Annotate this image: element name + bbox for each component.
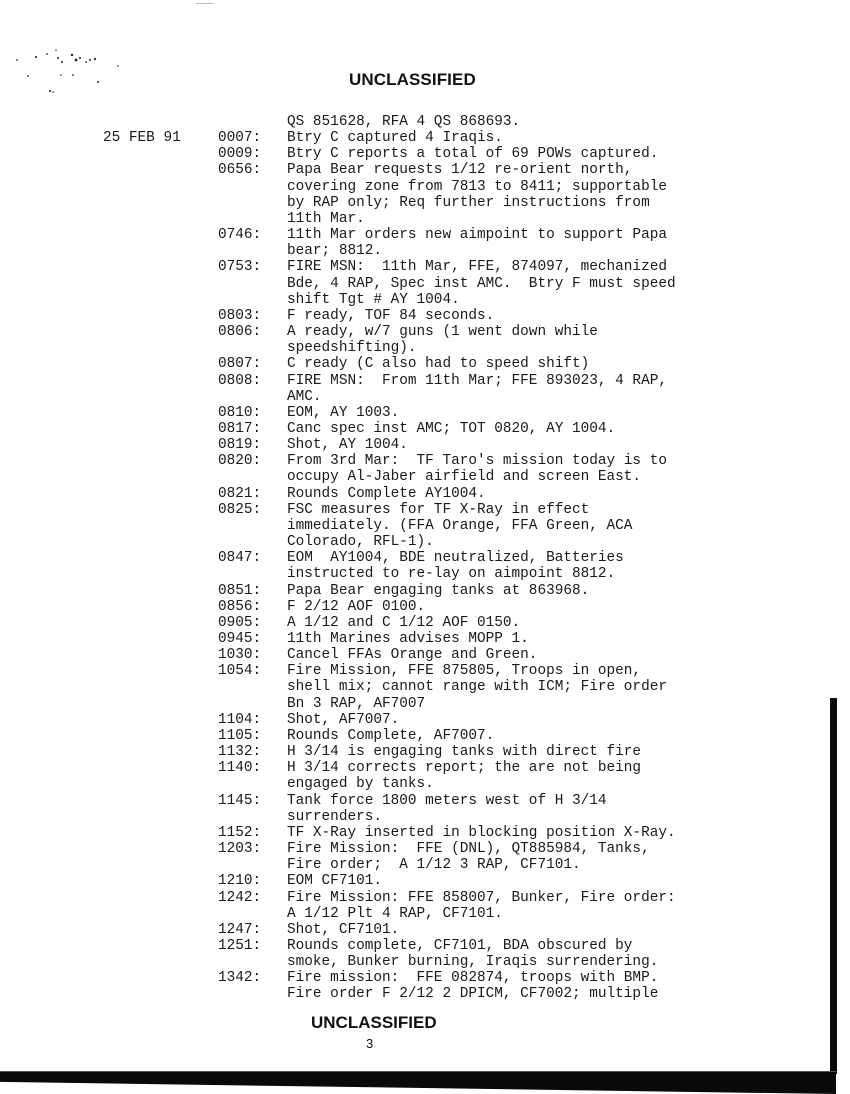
log-entry-text: EOM AY1004, BDE neutralized, Batteriesin… (287, 550, 850, 582)
log-entry-time: 1210: (218, 873, 261, 889)
log-entry: 0746:11th Mar orders new aimpoint to sup… (0, 227, 850, 259)
log-entry-text: Canc spec inst AMC; TOT 0820, AY 1004. (287, 421, 850, 437)
log-entry-text-line: Rounds Complete AY1004. (287, 486, 850, 502)
log-entry-text-line: Papa Bear engaging tanks at 863968. (287, 583, 850, 599)
log-entry-time: 1054: (218, 663, 261, 679)
log-entry-time: 0821: (218, 486, 261, 502)
log-entry-text: Shot, AF7007. (287, 712, 850, 728)
log-entry-text: FIRE MSN: 11th Mar, FFE, 874097, mechani… (287, 259, 850, 307)
log-entry-text-line: Shot, AF7007. (287, 712, 850, 728)
log-entry-text-line: H 3/14 corrects report; the are not bein… (287, 760, 850, 776)
log-entry: 0821:Rounds Complete AY1004. (0, 486, 850, 502)
log-entry-time: 1247: (218, 922, 261, 938)
log-entry-text-line: Shot, CF7101. (287, 922, 850, 938)
log-entry-time: 0851: (218, 583, 261, 599)
log-entry-text-line: Tank force 1800 meters west of H 3/14 (287, 793, 850, 809)
log-entry: 0825:FSC measures for TF X-Ray in effect… (0, 502, 850, 550)
log-entry-time: 1342: (218, 970, 261, 986)
log-entry-text-line: A 1/12 Plt 4 RAP, CF7101. (287, 906, 850, 922)
log-entry-text-line: Shot, AY 1004. (287, 437, 850, 453)
log-entry-time: 1152: (218, 825, 261, 841)
log-entry-time: 0806: (218, 324, 261, 340)
log-entry-text: Tank force 1800 meters west of H 3/14sur… (287, 793, 850, 825)
log-entry-time: 0819: (218, 437, 261, 453)
log-entry-text-line: A ready, w/7 guns (1 went down while (287, 324, 850, 340)
log-entry-text-line: Btry C captured 4 Iraqis. (287, 130, 850, 146)
log-entry-text: EOM CF7101. (287, 873, 850, 889)
classification-header: UNCLASSIFIED (349, 70, 476, 90)
log-entry-text-line: by RAP only; Req further instructions fr… (287, 195, 850, 211)
log-entry-text: Btry C captured 4 Iraqis. (287, 130, 850, 146)
log-entry-time: 1251: (218, 938, 261, 954)
log-entry-text-line: 11th Marines advises MOPP 1. (287, 631, 850, 647)
log-entry-time: 1104: (218, 712, 261, 728)
log-entry-text: 11th Mar orders new aimpoint to support … (287, 227, 850, 259)
log-entry-text-line: occupy Al-Jaber airfield and screen East… (287, 469, 850, 485)
log-entry-time: 0856: (218, 599, 261, 615)
log-entry: 1152:TF X-Ray inserted in blocking posit… (0, 825, 850, 841)
log-entry-time: 1140: (218, 760, 261, 776)
log-entry: 1105:Rounds Complete, AF7007. (0, 728, 850, 744)
log-entry-time: 0803: (218, 308, 261, 324)
log-entry-text: QS 851628, RFA 4 QS 868693. (287, 114, 850, 130)
log-entry-text: FSC measures for TF X-Ray in effectimmed… (287, 502, 850, 550)
scan-speckle-noise (14, 44, 124, 96)
log-entry-text: Fire mission: FFE 082874, troops with BM… (287, 970, 850, 1002)
log-entry-text: Cancel FFAs Orange and Green. (287, 647, 850, 663)
log-entry: 1030:Cancel FFAs Orange and Green. (0, 647, 850, 663)
log-entry-text-line: Fire Mission: FFE 858007, Bunker, Fire o… (287, 890, 850, 906)
log-entry-text-line: smoke, Bunker burning, Iraqis surrenderi… (287, 954, 850, 970)
log-entry-text: Fire Mission, FFE 875805, Troops in open… (287, 663, 850, 711)
log-entry-time: 0808: (218, 373, 261, 389)
log-entry-text: Rounds Complete, AF7007. (287, 728, 850, 744)
log-entry-date: 25 FEB 91 (103, 130, 181, 146)
log-entry: 1140:H 3/14 corrects report; the are not… (0, 760, 850, 792)
log-entry-text: A ready, w/7 guns (1 went down whilespee… (287, 324, 850, 356)
log-entry: 0851:Papa Bear engaging tanks at 863968. (0, 583, 850, 599)
log-entry-text-line: engaged by tanks. (287, 776, 850, 792)
log-entry-text-line: Fire Mission, FFE 875805, Troops in open… (287, 663, 850, 679)
log-entry: 0810:EOM, AY 1003. (0, 405, 850, 421)
log-entry-text-line: Fire mission: FFE 082874, troops with BM… (287, 970, 850, 986)
log-entry-text-line: speedshifting). (287, 340, 850, 356)
log-entry: 0807:C ready (C also had to speed shift) (0, 356, 850, 372)
log-entry: 0905:A 1/12 and C 1/12 AOF 0150. (0, 615, 850, 631)
log-entry-text-line: Fire order F 2/12 2 DPICM, CF7002; multi… (287, 986, 850, 1002)
log-entry: 0803:F ready, TOF 84 seconds. (0, 308, 850, 324)
log-entry-text-line: instructed to re-lay on aimpoint 8812. (287, 566, 850, 582)
log-entry: 1132:H 3/14 is engaging tanks with direc… (0, 744, 850, 760)
log-entry-time: 0945: (218, 631, 261, 647)
log-entry: 0817:Canc spec inst AMC; TOT 0820, AY 10… (0, 421, 850, 437)
log-entry-text-line: EOM AY1004, BDE neutralized, Batteries (287, 550, 850, 566)
log-entry-time: 1132: (218, 744, 261, 760)
log-entry-text: Rounds complete, CF7101, BDA obscured by… (287, 938, 850, 970)
log-entry-text-line: EOM CF7101. (287, 873, 850, 889)
log-entry-time: 0825: (218, 502, 261, 518)
log-entry-time: 0753: (218, 259, 261, 275)
log-entry: 0753:FIRE MSN: 11th Mar, FFE, 874097, me… (0, 259, 850, 307)
log-entry: 0856:F 2/12 AOF 0100. (0, 599, 850, 615)
log-entry: 0820:From 3rd Mar: TF Taro's mission tod… (0, 453, 850, 485)
log-entry-time: 1203: (218, 841, 261, 857)
log-entry-text-line: covering zone from 7813 to 8411; support… (287, 179, 850, 195)
log-entry-text-line: Btry C reports a total of 69 POWs captur… (287, 146, 850, 162)
log-entry-time: 1145: (218, 793, 261, 809)
log-entry-time: 0007: (218, 130, 261, 146)
log-entry-time: 0009: (218, 146, 261, 162)
log-entry: 1104:Shot, AF7007. (0, 712, 850, 728)
log-entry-time: 1030: (218, 647, 261, 663)
log-entry: QS 851628, RFA 4 QS 868693. (0, 114, 850, 130)
log-entry-text: TF X-Ray inserted in blocking position X… (287, 825, 850, 841)
log-entry-text: A 1/12 and C 1/12 AOF 0150. (287, 615, 850, 631)
log-entry-text: H 3/14 corrects report; the are not bein… (287, 760, 850, 792)
event-log: QS 851628, RFA 4 QS 868693.25 FEB 910007… (0, 114, 850, 1003)
log-entry-text: Papa Bear requests 1/12 re-orient north,… (287, 162, 850, 227)
log-entry-time: 0847: (218, 550, 261, 566)
log-entry-text: Rounds Complete AY1004. (287, 486, 850, 502)
log-entry-text-line: FIRE MSN: 11th Mar, FFE, 874097, mechani… (287, 259, 850, 275)
log-entry-text-line: From 3rd Mar: TF Taro's mission today is… (287, 453, 850, 469)
log-entry: 0808:FIRE MSN: From 11th Mar; FFE 893023… (0, 373, 850, 405)
log-entry: 1203:Fire Mission: FFE (DNL), QT885984, … (0, 841, 850, 873)
classification-footer: UNCLASSIFIED (311, 1013, 437, 1033)
log-entry-text: Btry C reports a total of 69 POWs captur… (287, 146, 850, 162)
log-entry-text-line: surrenders. (287, 809, 850, 825)
log-entry-text: H 3/14 is engaging tanks with direct fir… (287, 744, 850, 760)
scan-border-bottom (0, 1072, 836, 1094)
log-entry-time: 0905: (218, 615, 261, 631)
log-entry-text-line: Bde, 4 RAP, Spec inst AMC. Btry F must s… (287, 276, 850, 292)
log-entry-text-line: AMC. (287, 389, 850, 405)
log-entry-time: 0656: (218, 162, 261, 178)
log-entry-text-line: Bn 3 RAP, AF7007 (287, 696, 850, 712)
log-entry-text-line: QS 851628, RFA 4 QS 868693. (287, 114, 850, 130)
log-entry: 0806:A ready, w/7 guns (1 went down whil… (0, 324, 850, 356)
log-entry: 1145:Tank force 1800 meters west of H 3/… (0, 793, 850, 825)
log-entry-text-line: shell mix; cannot range with ICM; Fire o… (287, 679, 850, 695)
scan-border-edge (0, 1071, 836, 1072)
log-entry-text-line: F 2/12 AOF 0100. (287, 599, 850, 615)
log-entry-text-line: Fire order; A 1/12 3 RAP, CF7101. (287, 857, 850, 873)
log-entry-time: 0817: (218, 421, 261, 437)
log-entry: 1247:Shot, CF7101. (0, 922, 850, 938)
log-entry-text-line: shift Tgt # AY 1004. (287, 292, 850, 308)
log-entry-text-line: bear; 8812. (287, 243, 850, 259)
log-entry-time: 0746: (218, 227, 261, 243)
log-entry-text: Shot, AY 1004. (287, 437, 850, 453)
log-entry-text: EOM, AY 1003. (287, 405, 850, 421)
log-entry-text: 11th Marines advises MOPP 1. (287, 631, 850, 647)
log-entry-text: From 3rd Mar: TF Taro's mission today is… (287, 453, 850, 485)
log-entry: 0656:Papa Bear requests 1/12 re-orient n… (0, 162, 850, 227)
log-entry-text-line: 11th Mar. (287, 211, 850, 227)
log-entry: 0847:EOM AY1004, BDE neutralized, Batter… (0, 550, 850, 582)
log-entry-text: F ready, TOF 84 seconds. (287, 308, 850, 324)
log-entry-text: Fire Mission: FFE (DNL), QT885984, Tanks… (287, 841, 850, 873)
log-entry-text-line: Papa Bear requests 1/12 re-orient north, (287, 162, 850, 178)
log-entry: 1242:Fire Mission: FFE 858007, Bunker, F… (0, 890, 850, 922)
log-entry-text: Papa Bear engaging tanks at 863968. (287, 583, 850, 599)
log-entry-text-line: immediately. (FFA Orange, FFA Green, ACA (287, 518, 850, 534)
scan-border-right (830, 698, 837, 1074)
scan-artifact-mark (196, 3, 214, 4)
log-entry-time: 1105: (218, 728, 261, 744)
log-entry: 0009:Btry C reports a total of 69 POWs c… (0, 146, 850, 162)
log-entry-text-line: Colorado, RFL-1). (287, 534, 850, 550)
log-entry-text-line: F ready, TOF 84 seconds. (287, 308, 850, 324)
log-entry-time: 1242: (218, 890, 261, 906)
log-entry: 1054:Fire Mission, FFE 875805, Troops in… (0, 663, 850, 711)
log-entry-text-line: 11th Mar orders new aimpoint to support … (287, 227, 850, 243)
log-entry-time: 0810: (218, 405, 261, 421)
log-entry-text-line: Rounds Complete, AF7007. (287, 728, 850, 744)
log-entry-text: C ready (C also had to speed shift) (287, 356, 850, 372)
log-entry-time: 0807: (218, 356, 261, 372)
log-entry: 0819:Shot, AY 1004. (0, 437, 850, 453)
log-entry-text: FIRE MSN: From 11th Mar; FFE 893023, 4 R… (287, 373, 850, 405)
log-entry-text-line: Canc spec inst AMC; TOT 0820, AY 1004. (287, 421, 850, 437)
log-entry-text-line: Rounds complete, CF7101, BDA obscured by (287, 938, 850, 954)
log-entry: 25 FEB 910007:Btry C captured 4 Iraqis. (0, 130, 850, 146)
log-entry: 1342:Fire mission: FFE 082874, troops wi… (0, 970, 850, 1002)
log-entry-text-line: FIRE MSN: From 11th Mar; FFE 893023, 4 R… (287, 373, 850, 389)
log-entry-text-line: Cancel FFAs Orange and Green. (287, 647, 850, 663)
log-entry: 1251:Rounds complete, CF7101, BDA obscur… (0, 938, 850, 970)
page-number: 3 (366, 1036, 373, 1051)
log-entry-text-line: Fire Mission: FFE (DNL), QT885984, Tanks… (287, 841, 850, 857)
log-entry-text-line: EOM, AY 1003. (287, 405, 850, 421)
log-entry-text-line: A 1/12 and C 1/12 AOF 0150. (287, 615, 850, 631)
log-entry-time: 0820: (218, 453, 261, 469)
log-entry-text-line: TF X-Ray inserted in blocking position X… (287, 825, 850, 841)
log-entry-text-line: C ready (C also had to speed shift) (287, 356, 850, 372)
log-entry: 1210:EOM CF7101. (0, 873, 850, 889)
log-entry-text: Shot, CF7101. (287, 922, 850, 938)
log-entry-text: F 2/12 AOF 0100. (287, 599, 850, 615)
log-entry-text: Fire Mission: FFE 858007, Bunker, Fire o… (287, 890, 850, 922)
log-entry-text-line: FSC measures for TF X-Ray in effect (287, 502, 850, 518)
log-entry-text-line: H 3/14 is engaging tanks with direct fir… (287, 744, 850, 760)
log-entry: 0945:11th Marines advises MOPP 1. (0, 631, 850, 647)
